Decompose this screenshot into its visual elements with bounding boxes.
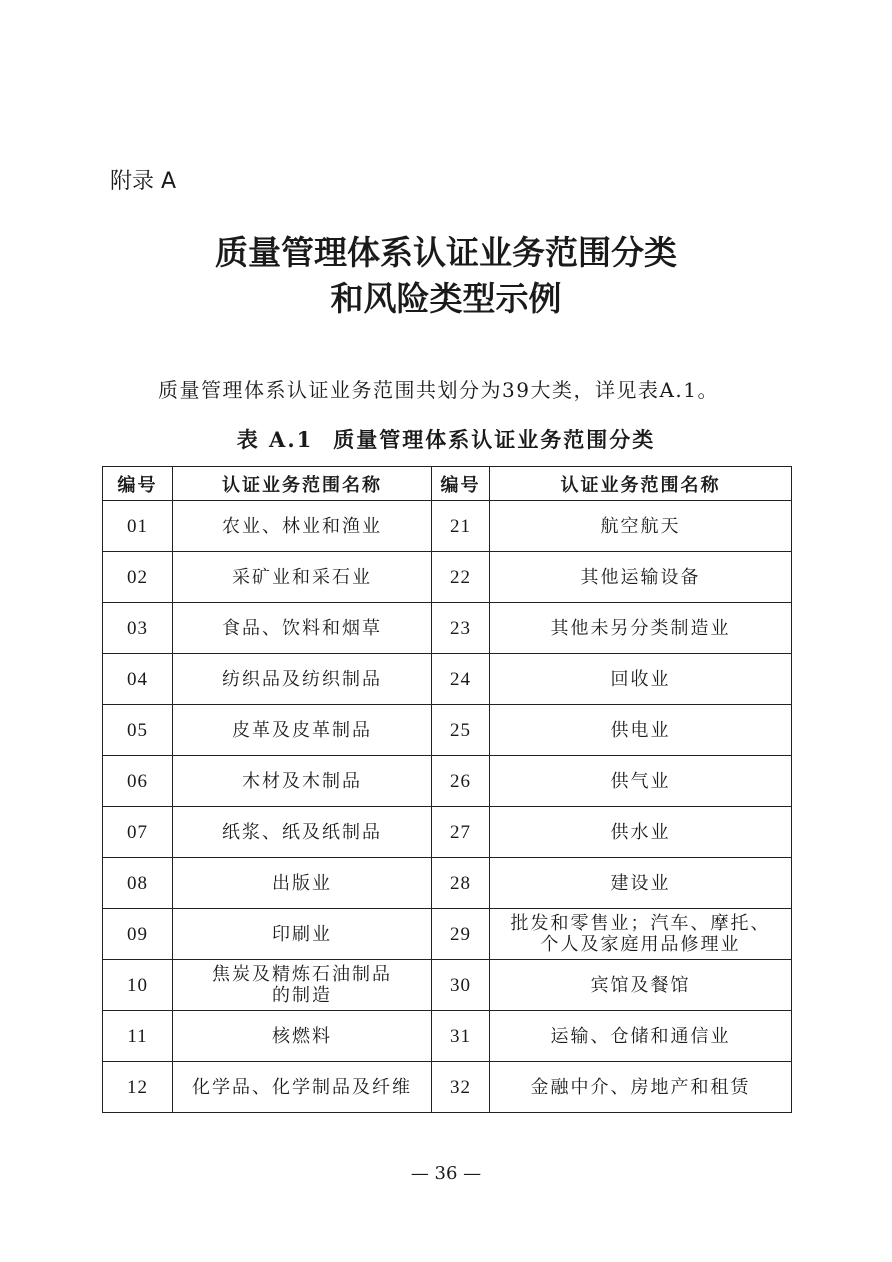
right-number: 24 xyxy=(432,654,490,705)
right-number: 22 xyxy=(432,552,490,603)
table-row: 10 焦炭及精炼石油制品 的制造 30 宾馆及餐馆 xyxy=(103,960,792,1011)
right-name: 其他未另分类制造业 xyxy=(490,603,792,654)
left-name: 采矿业和采石业 xyxy=(173,552,432,603)
right-number: 28 xyxy=(432,858,490,909)
table-caption-label: 表 A.1 xyxy=(237,427,314,452)
table-row: 01 农业、林业和渔业 21 航空航天 xyxy=(103,501,792,552)
left-number: 04 xyxy=(103,654,173,705)
table-row: 04 纺织品及纺织制品 24 回收业 xyxy=(103,654,792,705)
table-row: 11 核燃料 31 运输、仓储和通信业 xyxy=(103,1011,792,1062)
table-caption: 表 A.1质量管理体系认证业务范围分类 xyxy=(0,424,892,454)
left-number: 02 xyxy=(103,552,173,603)
left-name-line-2: 的制造 xyxy=(173,985,431,1006)
right-name: 批发和零售业；汽车、摩托、 个人及家庭用品修理业 xyxy=(490,909,792,960)
table-row: 05 皮革及皮革制品 25 供电业 xyxy=(103,705,792,756)
table-row: 08 出版业 28 建设业 xyxy=(103,858,792,909)
right-number: 29 xyxy=(432,909,490,960)
left-name: 纺织品及纺织制品 xyxy=(173,654,432,705)
document-title-line-1: 质量管理体系认证业务范围分类 xyxy=(0,230,892,276)
table-caption-text: 质量管理体系认证业务范围分类 xyxy=(333,427,655,452)
right-name: 供气业 xyxy=(490,756,792,807)
table-row: 09 印刷业 29 批发和零售业；汽车、摩托、 个人及家庭用品修理业 xyxy=(103,909,792,960)
appendix-label: 附录 A xyxy=(110,164,176,195)
right-name: 航空航天 xyxy=(490,501,792,552)
left-name: 皮革及皮革制品 xyxy=(173,705,432,756)
left-name-line-1: 焦炭及精炼石油制品 xyxy=(173,964,431,985)
right-name: 运输、仓储和通信业 xyxy=(490,1011,792,1062)
left-number: 07 xyxy=(103,807,173,858)
right-number: 26 xyxy=(432,756,490,807)
right-name: 供电业 xyxy=(490,705,792,756)
left-name: 焦炭及精炼石油制品 的制造 xyxy=(173,960,432,1011)
right-number: 21 xyxy=(432,501,490,552)
right-name: 宾馆及餐馆 xyxy=(490,960,792,1011)
left-name: 农业、林业和渔业 xyxy=(173,501,432,552)
right-name: 供水业 xyxy=(490,807,792,858)
right-name-line-2: 个人及家庭用品修理业 xyxy=(490,934,791,955)
left-name: 纸浆、纸及纸制品 xyxy=(173,807,432,858)
left-name: 印刷业 xyxy=(173,909,432,960)
table-row: 07 纸浆、纸及纸制品 27 供水业 xyxy=(103,807,792,858)
right-name-line-1: 批发和零售业；汽车、摩托、 xyxy=(490,913,791,934)
header-right-number: 编号 xyxy=(432,467,490,501)
scope-classification-table: 编号 认证业务范围名称 编号 认证业务范围名称 01 农业、林业和渔业 21 航… xyxy=(102,466,792,1113)
header-left-name: 认证业务范围名称 xyxy=(173,467,432,501)
left-number: 09 xyxy=(103,909,173,960)
left-name: 木材及木制品 xyxy=(173,756,432,807)
left-number: 11 xyxy=(103,1011,173,1062)
intro-paragraph: 质量管理体系认证业务范围共划分为39大类，详见表A.1。 xyxy=(158,374,719,403)
left-number: 06 xyxy=(103,756,173,807)
right-number: 31 xyxy=(432,1011,490,1062)
header-right-name: 认证业务范围名称 xyxy=(490,467,792,501)
left-number: 03 xyxy=(103,603,173,654)
table-header-row: 编号 认证业务范围名称 编号 认证业务范围名称 xyxy=(103,467,792,501)
left-number: 10 xyxy=(103,960,173,1011)
right-name: 金融中介、房地产和租赁 xyxy=(490,1062,792,1113)
table-row: 02 采矿业和采石业 22 其他运输设备 xyxy=(103,552,792,603)
right-number: 27 xyxy=(432,807,490,858)
right-name: 建设业 xyxy=(490,858,792,909)
page-number: — 36 — xyxy=(0,1163,892,1184)
table-row: 12 化学品、化学制品及纤维 32 金融中介、房地产和租赁 xyxy=(103,1062,792,1113)
left-name: 食品、饮料和烟草 xyxy=(173,603,432,654)
table-row: 03 食品、饮料和烟草 23 其他未另分类制造业 xyxy=(103,603,792,654)
right-name: 回收业 xyxy=(490,654,792,705)
right-number: 30 xyxy=(432,960,490,1011)
table-row: 06 木材及木制品 26 供气业 xyxy=(103,756,792,807)
left-number: 05 xyxy=(103,705,173,756)
header-left-number: 编号 xyxy=(103,467,173,501)
left-number: 01 xyxy=(103,501,173,552)
right-number: 25 xyxy=(432,705,490,756)
right-name: 其他运输设备 xyxy=(490,552,792,603)
document-title-line-2: 和风险类型示例 xyxy=(0,276,892,322)
left-name: 化学品、化学制品及纤维 xyxy=(173,1062,432,1113)
left-name: 核燃料 xyxy=(173,1011,432,1062)
left-name: 出版业 xyxy=(173,858,432,909)
right-number: 23 xyxy=(432,603,490,654)
right-number: 32 xyxy=(432,1062,490,1113)
left-number: 12 xyxy=(103,1062,173,1113)
left-number: 08 xyxy=(103,858,173,909)
